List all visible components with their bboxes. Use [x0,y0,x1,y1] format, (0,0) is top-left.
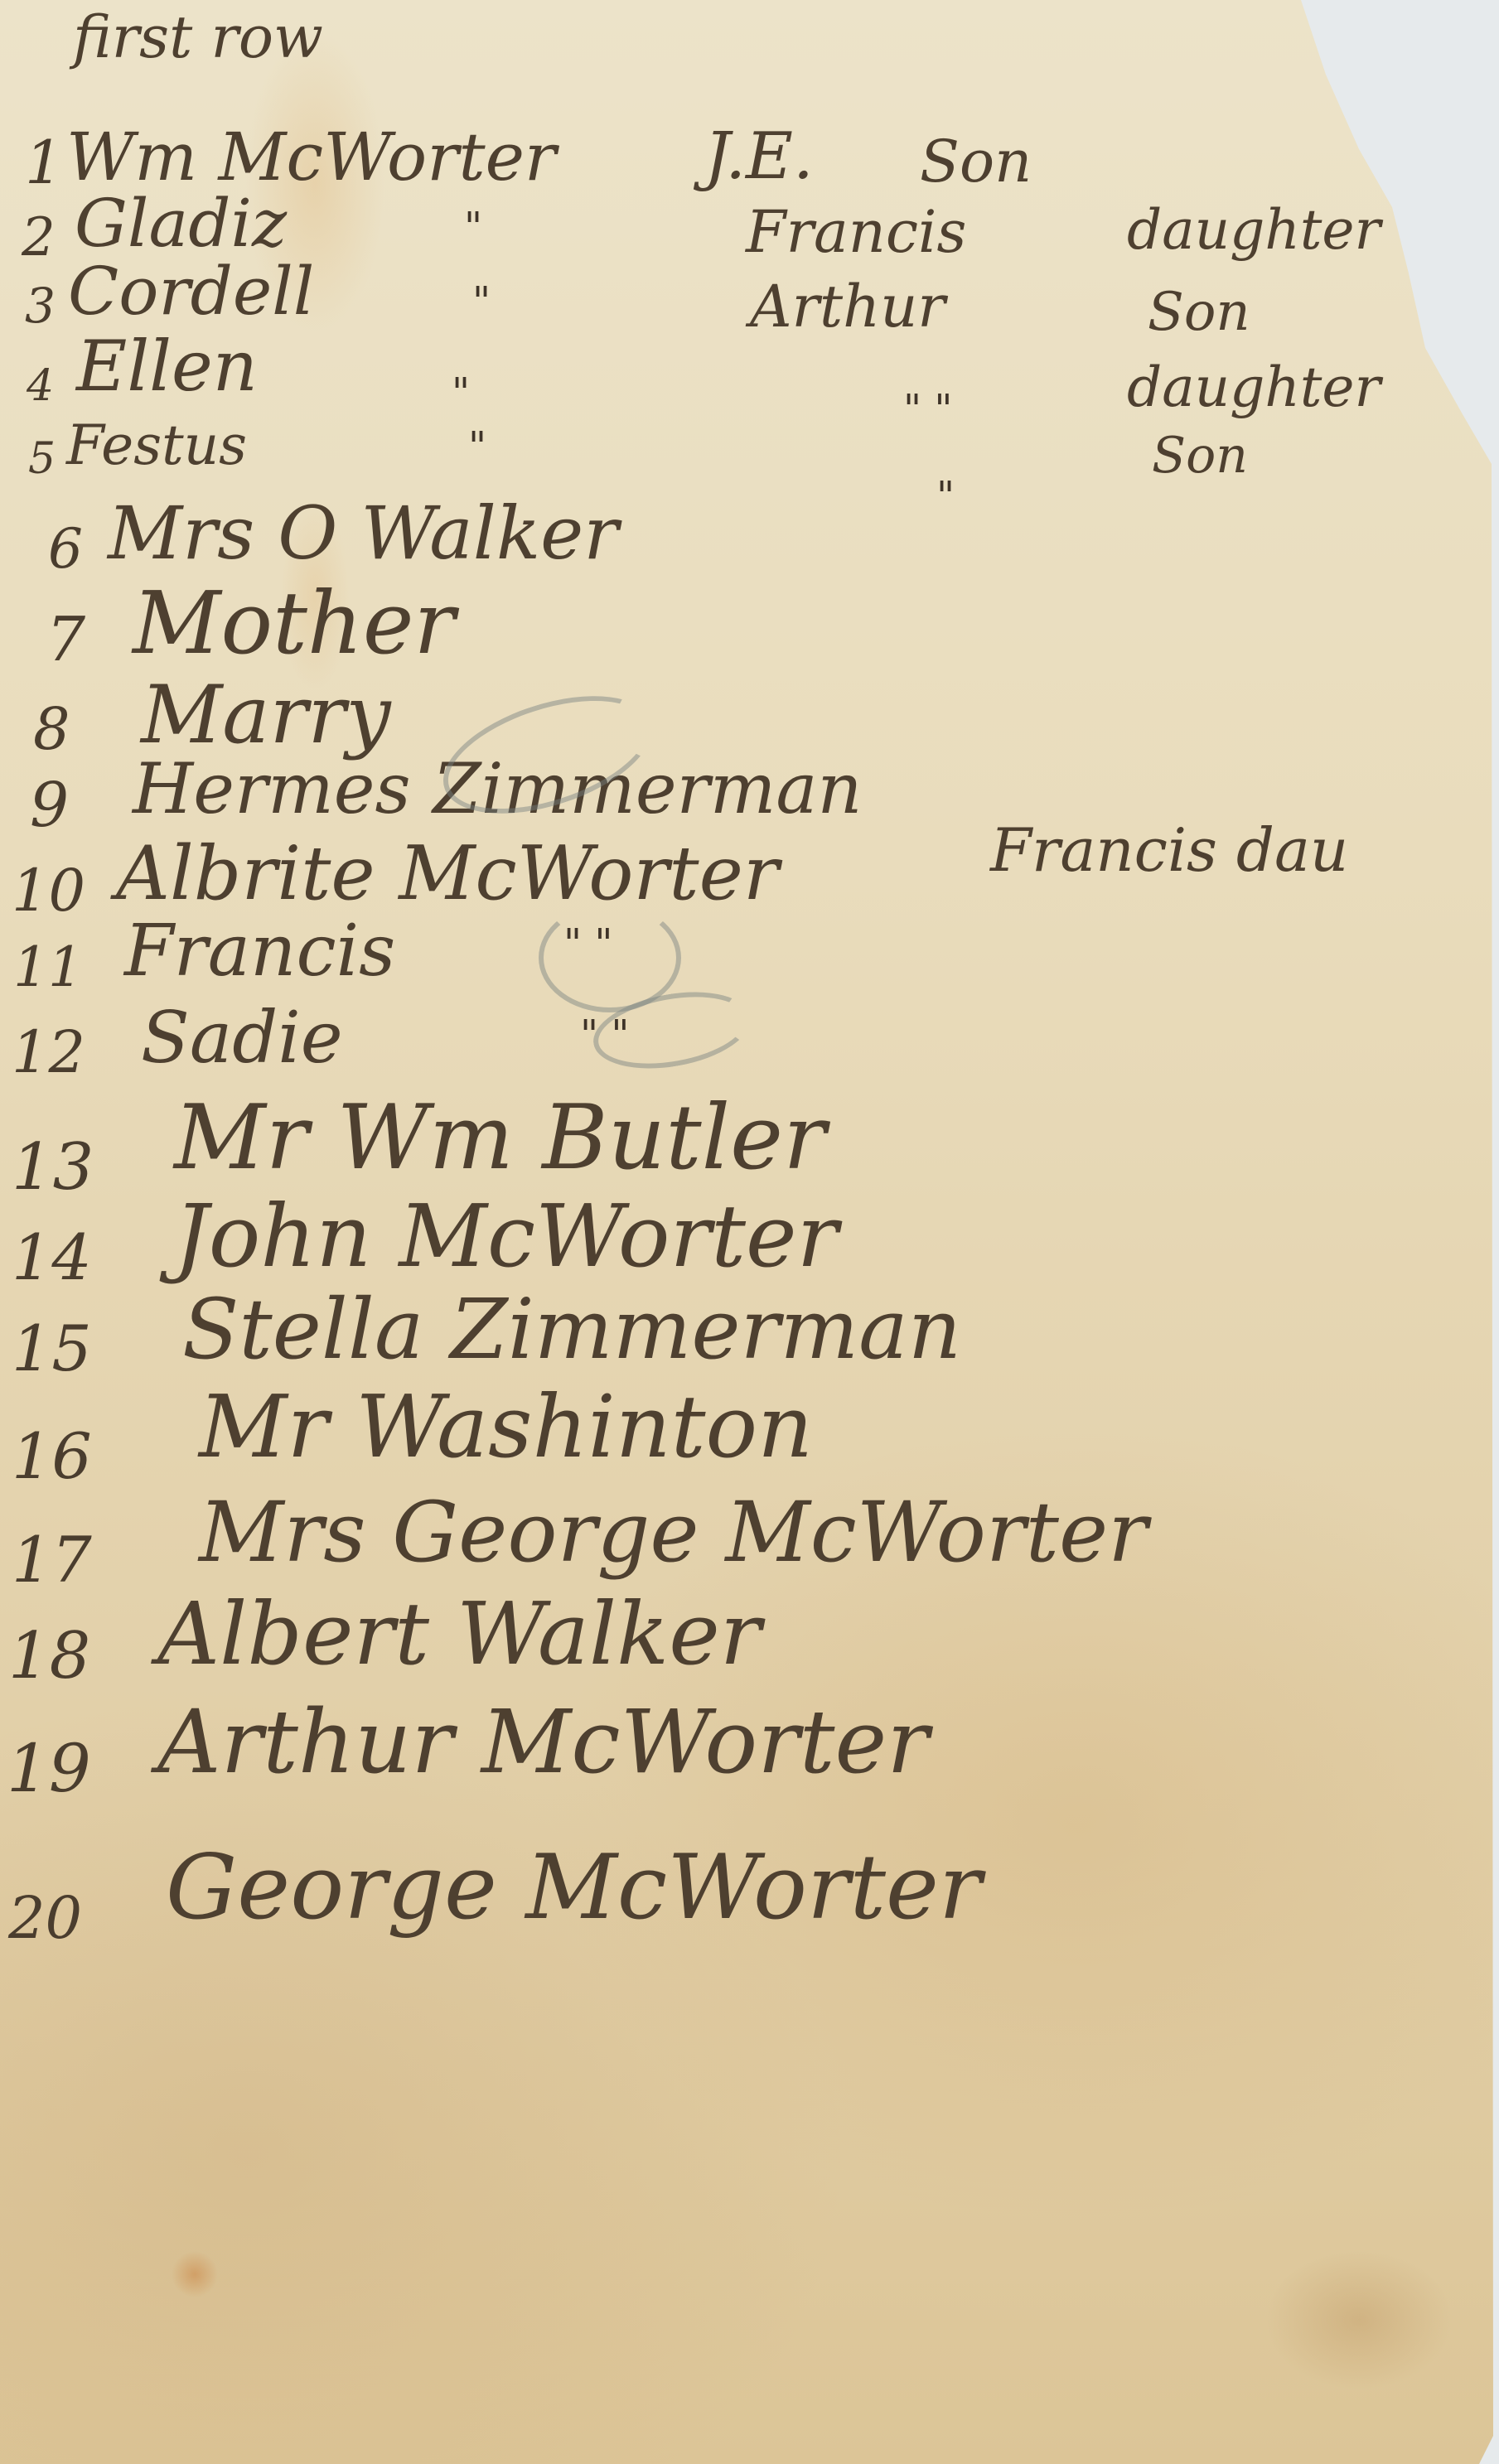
entry-number: 19 [7,1736,91,1802]
entry-number: 9 [30,775,69,836]
entry-name: Arthur McWorter [157,1698,929,1786]
entry-number: 11 [13,940,83,995]
entry-name: Marry [141,675,391,755]
entry-name: Sadie [141,1003,343,1074]
entry-number: 3 [25,282,56,330]
entry-name: George McWorter [166,1843,982,1933]
entry-name: Mother [133,580,455,666]
entry-name: Gladiz [75,191,287,257]
document-scan: first row 1 Wm McWorter 2 Gladiz " 3 Cor… [0,0,1499,2464]
entry-number: 15 [12,1317,92,1380]
ditto-mark: " [936,476,955,516]
ditto-mark: " [464,207,482,247]
entry-name: Wm McWorter [66,124,556,191]
annotation-relation: Son [920,133,1032,191]
entry-number: 14 [12,1226,92,1289]
entry-name: John McWorter [174,1193,838,1279]
entry-number: 8 [33,700,70,758]
entry-number: 18 [8,1624,90,1689]
entry-name: Ellen [76,331,258,401]
entry-name: Festus [66,418,247,473]
ditto-mark: " " [903,389,952,429]
entry-number: 6 [48,522,83,577]
entry-number: 12 [12,1023,85,1081]
entry-number: 10 [12,862,85,920]
annotation-name: Arthur [750,278,945,336]
entry-name: Albrite McWorter [116,837,779,911]
ditto-mark: " [452,373,470,413]
entry-name: Mrs George McWorter [199,1491,1148,1574]
annotation-name: J.E. [704,124,814,189]
entry-number: 2 [22,211,56,264]
entry-name: Albert Walker [157,1591,761,1677]
entry-name: Mr Washinton [199,1384,813,1470]
entry-name: Cordell [68,258,314,325]
entry-number: 20 [8,1889,82,1947]
annotation-relation: Son [1152,431,1248,481]
ditto-mark: " [472,282,491,321]
entry-number: 17 [12,1529,92,1592]
annotation-name: Francis [746,203,966,261]
annotation-relation: Son [1148,286,1250,339]
entry-name: Mrs O Walker [108,497,618,570]
entry-name: Francis [124,916,395,987]
ditto-mark: " [468,427,486,466]
entry-number: 4 [27,365,54,408]
heading: first row [73,8,323,66]
entry-number: 16 [12,1425,92,1488]
annotation-note: Francis dau [990,820,1348,880]
entry-name: Mr Wm Butler [174,1094,826,1183]
entry-number: 1 [25,133,63,192]
entry-number: 5 [28,437,56,481]
annotation-relation: daughter [1127,360,1381,415]
annotation-relation: daughter [1127,203,1381,258]
entry-number: 13 [12,1135,94,1200]
entry-number: 7 [46,609,85,670]
entry-name: Stella Zimmerman [182,1288,961,1371]
